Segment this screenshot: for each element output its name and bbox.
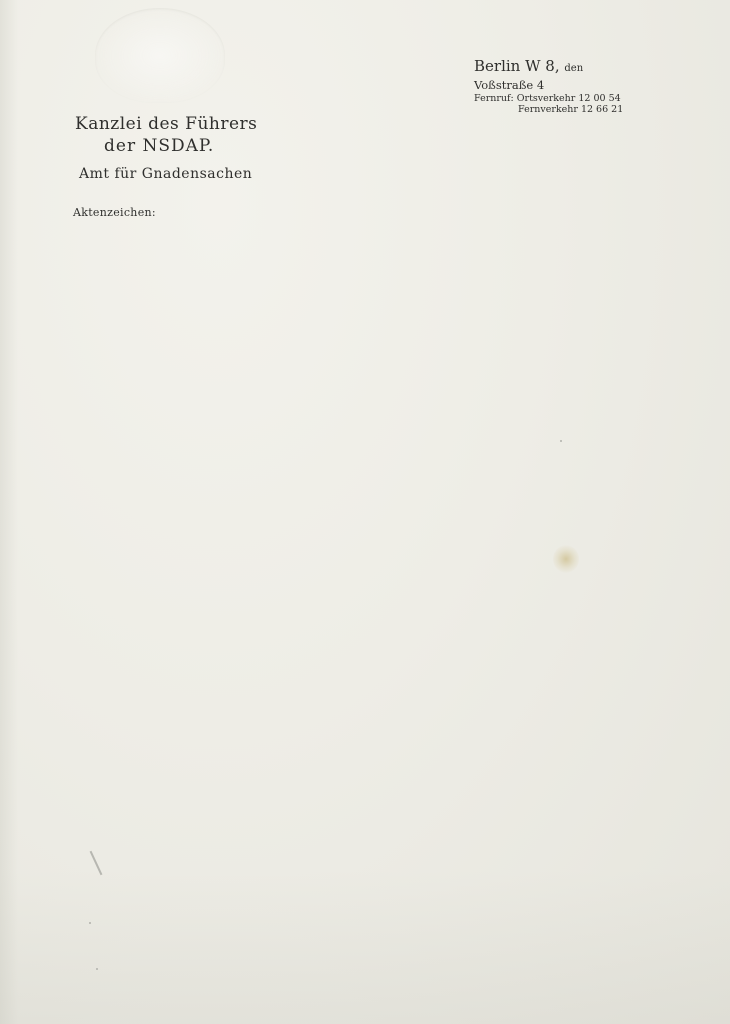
paper-scratch bbox=[90, 851, 103, 875]
paper-stain bbox=[553, 545, 579, 573]
paper-speck bbox=[89, 922, 91, 924]
paper-speck bbox=[96, 968, 98, 970]
sender-org-line1: Kanzlei des Führers bbox=[75, 114, 257, 134]
phone-long-distance: Fernverkehr 12 66 21 bbox=[518, 104, 623, 115]
letterhead-sheet: Kanzlei des Führers der NSDAP. Amt für G… bbox=[0, 0, 730, 1024]
sender-department: Amt für Gnadensachen bbox=[79, 166, 252, 182]
address-street: Voßstraße 4 bbox=[474, 78, 544, 92]
date-prefix: den bbox=[564, 63, 583, 74]
sender-org-line2: der NSDAP. bbox=[104, 136, 214, 156]
phone-local: Fernruf: Ortsverkehr 12 00 54 bbox=[474, 93, 621, 104]
address-city: Berlin W 8, bbox=[474, 57, 560, 75]
reference-label: Aktenzeichen: bbox=[73, 206, 156, 219]
embossed-emblem-placeholder-icon bbox=[95, 8, 225, 103]
address-city-line: Berlin W 8, den bbox=[474, 57, 583, 75]
paper-speck bbox=[560, 440, 562, 442]
